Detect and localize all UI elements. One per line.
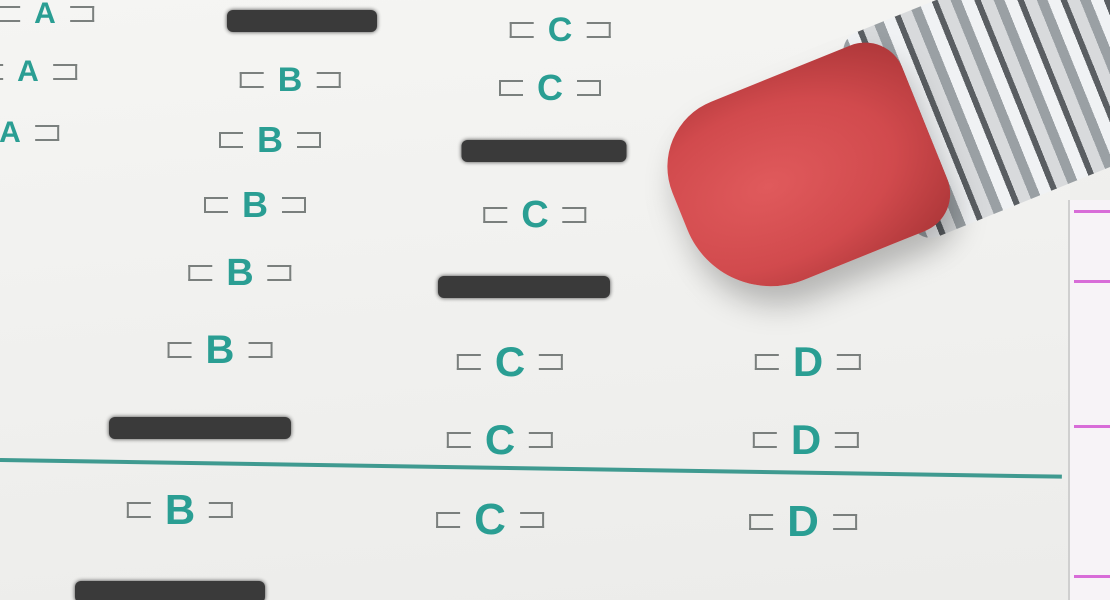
bracket-left: [510, 22, 534, 38]
bracket-right: [529, 432, 553, 448]
bubble-letter: C: [474, 498, 506, 542]
bubble-letter: C: [548, 13, 573, 47]
bracket-right: [282, 197, 306, 213]
bubble-letter: C: [495, 341, 525, 383]
answer-bubble-d: D: [753, 419, 859, 461]
answer-bubble-b: B: [240, 63, 341, 97]
bracket-right: [209, 502, 233, 518]
bracket-left: [219, 132, 243, 148]
bracket-right: [248, 342, 272, 358]
bracket-left: [753, 432, 777, 448]
answer-bubble-c: C: [447, 419, 553, 461]
answer-bubble-c: C: [499, 70, 601, 106]
answer-bubble-b: B: [219, 122, 321, 158]
bubble-letter: B: [242, 187, 268, 223]
bracket-left: [457, 354, 481, 370]
answer-bubble-c: C: [457, 341, 563, 383]
bracket-left: [749, 514, 773, 530]
bracket-left: [240, 72, 264, 88]
bubble-letter: B: [165, 489, 195, 531]
bracket-right: [70, 6, 94, 22]
bracket-right: [316, 72, 340, 88]
bubble-letter: D: [791, 419, 821, 461]
bracket-left: [447, 432, 471, 448]
bracket-right: [586, 22, 610, 38]
pencil-fill-mark: [462, 140, 627, 162]
pencil-fill-mark: [75, 581, 265, 600]
answer-bubble-b: B: [127, 489, 233, 531]
pencil-fill-mark: [438, 276, 610, 298]
margin-line: [1074, 280, 1110, 283]
margin-line: [1074, 575, 1110, 578]
bubble-letter: C: [537, 70, 563, 106]
answer-bubble-c: C: [483, 196, 586, 234]
bracket-left: [204, 197, 228, 213]
bubble-letter: B: [257, 122, 283, 158]
bracket-right: [35, 125, 59, 141]
bracket-right: [563, 207, 587, 223]
bubble-letter: A: [0, 118, 21, 148]
bracket-right: [268, 265, 292, 281]
bubble-letter: C: [521, 196, 548, 234]
answer-bubble-b: B: [188, 254, 291, 292]
answer-bubble-b: B: [204, 187, 306, 223]
answer-bubble-c: C: [436, 498, 544, 542]
answer-bubble-a: A: [0, 0, 94, 29]
bracket-left: [0, 6, 20, 22]
bracket-right: [835, 432, 859, 448]
answer-bubble-d: D: [749, 500, 857, 544]
answer-bubble-b: B: [168, 330, 273, 370]
bracket-left: [127, 502, 151, 518]
answer-bubble-c: C: [510, 13, 611, 47]
pencil-fill-mark: [109, 417, 291, 439]
bracket-left: [188, 265, 212, 281]
bubble-letter: B: [206, 330, 235, 370]
bracket-right: [53, 64, 77, 80]
answer-bubble-a: A: [0, 57, 77, 87]
bubble-letter: A: [17, 57, 39, 87]
bracket-right: [520, 512, 544, 528]
pencil-fill-mark: [227, 10, 377, 32]
bubble-letter: A: [34, 0, 56, 29]
bracket-left: [436, 512, 460, 528]
margin-line: [1074, 425, 1110, 428]
bracket-right: [833, 514, 857, 530]
bracket-left: [168, 342, 192, 358]
bracket-left: [499, 80, 523, 96]
answer-bubble-a: A: [0, 118, 59, 148]
bubble-letter: B: [226, 254, 253, 292]
bracket-right: [577, 80, 601, 96]
bracket-left: [0, 64, 3, 80]
bracket-right: [539, 354, 563, 370]
bracket-left: [483, 207, 507, 223]
bubble-letter: C: [485, 419, 515, 461]
bubble-letter: D: [787, 500, 819, 544]
bracket-right: [297, 132, 321, 148]
bubble-letter: B: [278, 63, 303, 97]
